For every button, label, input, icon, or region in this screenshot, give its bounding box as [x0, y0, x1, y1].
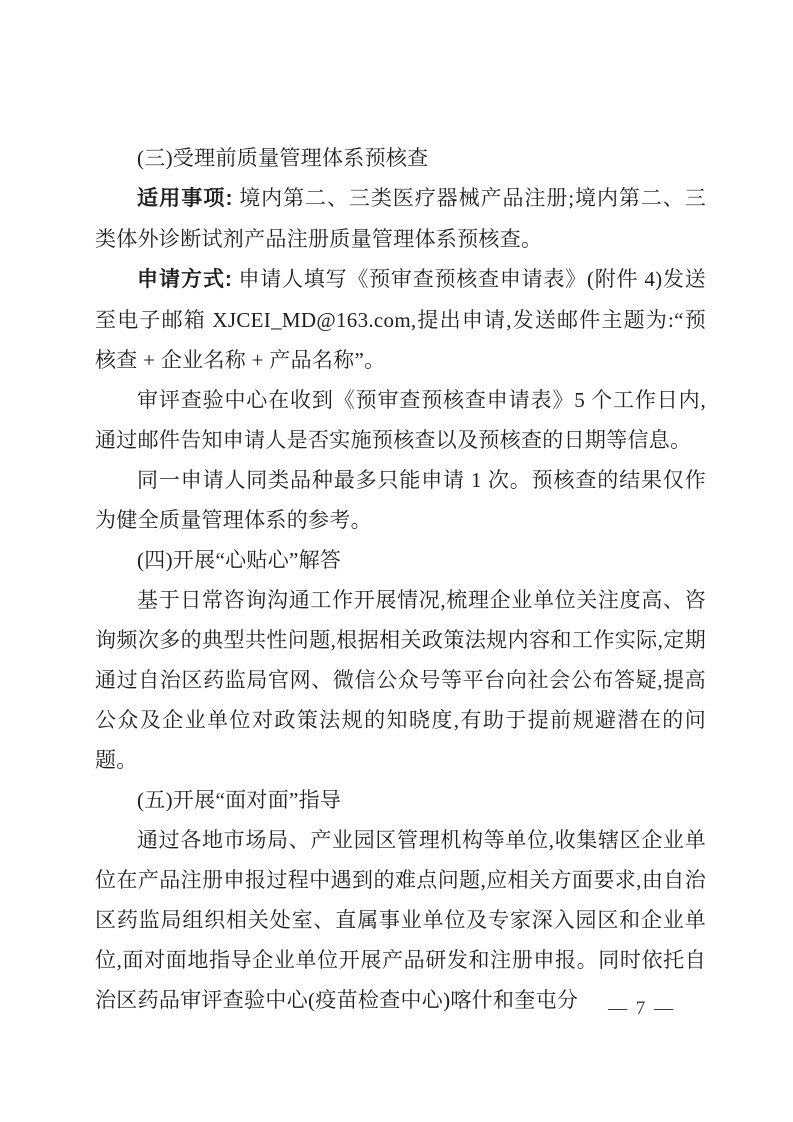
- paragraph-label: 适用事项:: [137, 187, 233, 210]
- section-heading: (五)开展“面对面”指导: [95, 780, 706, 820]
- body-paragraph: 审评查验中心在收到《预审查预核查申请表》5 个工作日内,通过邮件告知申请人是否实…: [95, 380, 706, 460]
- document-page: (三)受理前质量管理体系预核查适用事项: 境内第二、三类医疗器械产品注册;境内第…: [0, 0, 793, 1122]
- body-paragraph: 基于日常咨询沟通工作开展情况,梳理企业单位关注度高、咨询频次多的典型共性问题,根…: [95, 580, 706, 780]
- body-paragraph: 通过各地市场局、产业园区管理机构等单位,收集辖区企业单位在产品注册申报过程中遇到…: [95, 820, 706, 1020]
- page-number: — 7 —: [608, 997, 675, 1021]
- section-heading: (四)开展“心贴心”解答: [95, 540, 706, 580]
- paragraph-label: 申请方式:: [137, 268, 232, 291]
- body-paragraph: 适用事项: 境内第二、三类医疗器械产品注册;境内第二、三类体外诊断试剂产品注册质…: [95, 178, 706, 259]
- body-paragraph: 申请方式: 申请人填写《预审查预核查申请表》(附件 4)发送至电子邮箱 XJCE…: [95, 259, 706, 380]
- section-heading: (三)受理前质量管理体系预核查: [95, 138, 706, 178]
- body-paragraph: 同一申请人同类品种最多只能申请 1 次。预核查的结果仅作为健全质量管理体系的参考…: [95, 460, 706, 540]
- document-body: (三)受理前质量管理体系预核查适用事项: 境内第二、三类医疗器械产品注册;境内第…: [95, 138, 706, 1020]
